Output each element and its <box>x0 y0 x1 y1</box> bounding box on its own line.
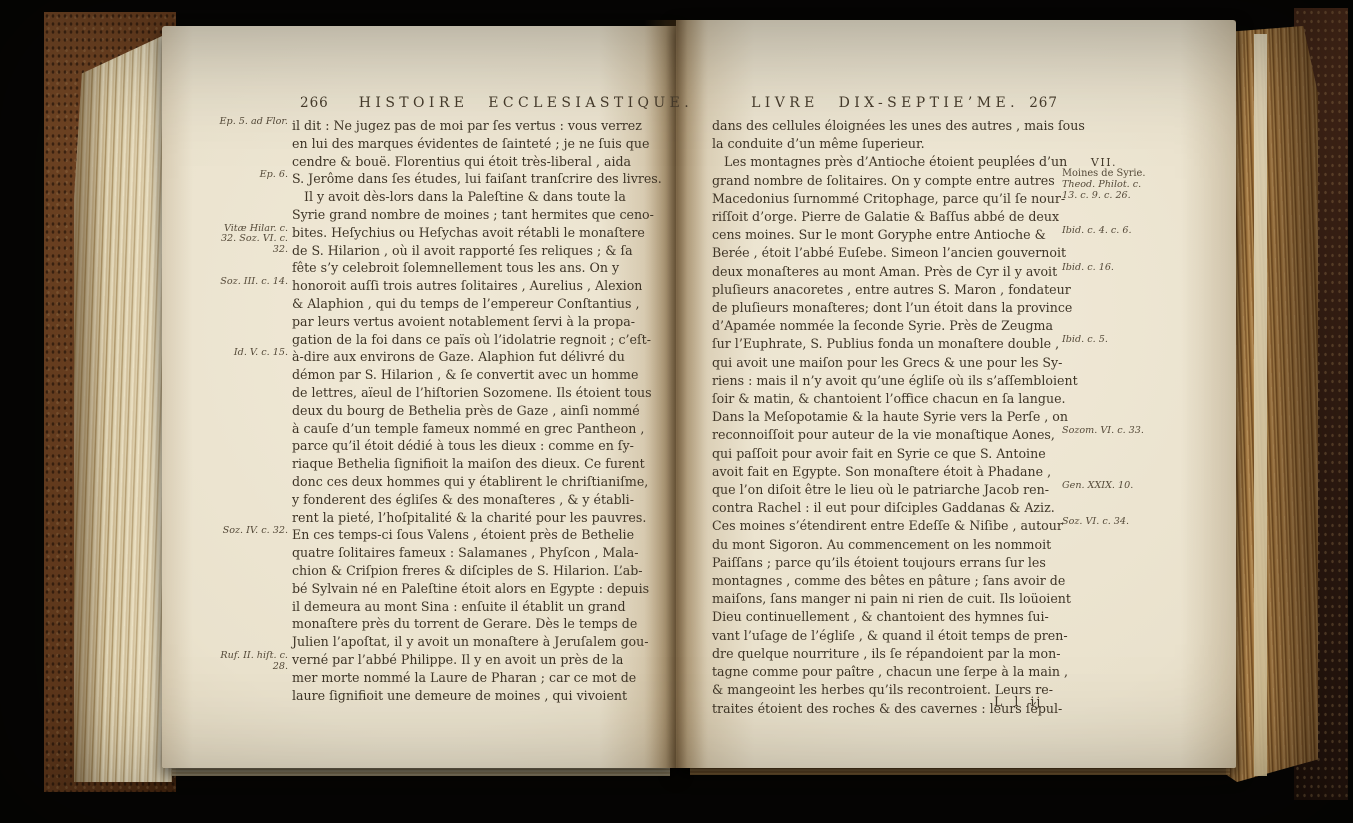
text-line: gation de la foi dans ce païs où l’idola… <box>292 331 682 349</box>
text-line: d’Apamée nommée la ſeconde Syrie. Près d… <box>712 317 1104 335</box>
right-running-title: LIVRE DIX-SEPTIE’ME. <box>751 95 1019 111</box>
text-line: S. Jerôme dans ſes études, lui faiſant t… <box>292 170 682 188</box>
text-line: qui paſſoit pour avoir fait en Syrie ce … <box>712 445 1104 463</box>
margin-note: Ep. 5. ad Flor. <box>212 117 288 128</box>
right-margin-notes: VII. Moines de Syrie. Theod. Philot. c. … <box>1062 117 1146 777</box>
text-line: ſur l’Euphrate, S. Publius fonda un mona… <box>712 335 1104 353</box>
text-line: honoroit auſſi trois autres ſolitaires ,… <box>292 277 682 295</box>
margin-note: Soz. IV. c. 32. <box>212 526 288 537</box>
text-line: Il y avoit dès-lors dans la Paleſtine & … <box>292 188 682 206</box>
text-line: verné par l’abbé Philippe. Il y en avoit… <box>292 651 682 669</box>
left-page-stack-edge <box>74 16 172 782</box>
text-line: à-dire aux environs de Gaze. Alaphion fu… <box>292 348 682 366</box>
text-line: dans des cellules éloignées les unes des… <box>712 117 1104 135</box>
text-line: démon par S. Hilarion , & ſe convertit a… <box>292 366 682 384</box>
text-line: & mangeoint les herbes qu’ils recontroie… <box>712 681 1104 699</box>
text-line: du mont Sigoron. Au commencement on les … <box>712 536 1104 554</box>
text-line: par leurs vertus avoient notablement ſer… <box>292 313 682 331</box>
signature-mark: L l ij <box>994 694 1042 709</box>
left-running-head: 266 HISTOIRE ECCLESIASTIQUE. <box>300 95 693 111</box>
text-line: Syrie grand nombre de moines ; tant herm… <box>292 206 682 224</box>
text-line: bites. Heſychius ou Heſychas avoit rétab… <box>292 224 682 242</box>
margin-note: Id. V. c. 15. <box>212 348 288 359</box>
text-line: à cauſe d’un temple fameux nommé en grec… <box>292 420 682 438</box>
book-photograph: 266 HISTOIRE ECCLESIASTIQUE. LIVRE DIX-S… <box>0 0 1353 823</box>
right-running-head: LIVRE DIX-SEPTIE’ME. 267 <box>712 95 1058 111</box>
text-line: reconnoiſſoit pour auteur de la vie mona… <box>712 426 1104 444</box>
section-heading-note: VII. Moines de Syrie. Theod. Philot. c. … <box>1062 157 1146 201</box>
text-line: en lui des marques évidentes de ſainteté… <box>292 135 682 153</box>
text-line: laure ſignifioit une demeure de moines ,… <box>292 687 682 705</box>
text-line: cens moines. Sur le mont Goryphe entre A… <box>712 226 1104 244</box>
text-line: avoit fait en Egypte. Son monaſtere étoi… <box>712 463 1104 481</box>
margin-note: Vitæ Hilar. c. 32. Soz. VI. c. 32. <box>212 224 288 256</box>
margin-note: Ibid. c. 16. <box>1062 263 1146 274</box>
margin-note: Soz. III. c. 14. <box>212 277 288 288</box>
text-line: Ces moines s’étendirent entre Edeſſe & N… <box>712 517 1104 535</box>
text-line: Berée , étoit l’abbé Euſebe. Simeon l’an… <box>712 244 1104 262</box>
text-line: riaque Bethelia ſignifioit la maiſon des… <box>292 455 682 473</box>
text-line: montagnes , comme des bêtes en pâture ; … <box>712 572 1104 590</box>
right-page-stack-edge <box>1226 26 1318 782</box>
text-line: parce qu’il étoit dédié à tous les dieux… <box>292 437 682 455</box>
margin-note: Sozom. VI. c. 33. <box>1062 426 1146 437</box>
text-line: riſſoit d’orge. Pierre de Galatie & Baſſ… <box>712 208 1104 226</box>
text-line: de pluſieurs monaſteres; dont l’un étoit… <box>712 299 1104 317</box>
left-margin-notes: Ep. 5. ad Flor.Ep. 6.Vitæ Hilar. c. 32. … <box>212 117 288 777</box>
text-line: pluſieurs anacoretes , entre autres S. M… <box>712 281 1104 299</box>
margin-note: Ep. 6. <box>212 170 288 181</box>
section-citation: Theod. Philot. c. 13. c. 9. c. 26. <box>1062 179 1146 201</box>
text-line: quatre ſolitaires fameux : Salamanes , P… <box>292 544 682 562</box>
margin-note: Ibid. c. 5. <box>1062 335 1146 346</box>
text-line: deux du bourg de Bethelia près de Gaze ,… <box>292 402 682 420</box>
text-line: grand nombre de ſolitaires. On y compte … <box>712 172 1104 190</box>
right-body-text: dans des cellules éloignées les unes des… <box>712 117 1104 718</box>
margin-note: Ruf. II. hiſt. c. 28. <box>212 651 288 672</box>
left-running-title: HISTOIRE ECCLESIASTIQUE. <box>359 95 693 111</box>
text-line: Macedonius ſurnommé Critophage, parce qu… <box>712 190 1104 208</box>
text-line: & Alaphion , qui du temps de l’empereur … <box>292 295 682 313</box>
text-line: de S. Hilarion , où il avoit rapporté ſe… <box>292 242 682 260</box>
text-line: riens : mais il n’y avoit qu’une égliſe … <box>712 372 1104 390</box>
text-line: traites étoient des roches & des caverne… <box>712 700 1104 718</box>
text-line: Les montagnes près d’Antioche étoient pe… <box>712 153 1104 171</box>
text-line: deux monaſteres au mont Aman. Près de Cy… <box>712 263 1104 281</box>
text-line: la conduite d’un même ſuperieur. <box>712 135 1104 153</box>
text-line: donc ces deux hommes qui y établirent le… <box>292 473 682 491</box>
text-line: de lettres, aïeul de l’hiſtorien Sozomen… <box>292 384 682 402</box>
section-number: VII. <box>1062 157 1146 168</box>
text-line: qui avoit une maiſon pour les Grecs & un… <box>712 354 1104 372</box>
margin-note: Gen. XXIX. 10. <box>1062 481 1146 492</box>
text-line: bé Sylvain né en Paleſtine étoit alors e… <box>292 580 682 598</box>
text-line: ſoir & matin, & chantoient l’office chac… <box>712 390 1104 408</box>
text-line: rent la pieté, l’hoſpitalité & la charit… <box>292 509 682 527</box>
margin-note: Soz. VI. c. 34. <box>1062 517 1146 528</box>
section-title: Moines de Syrie. <box>1062 168 1146 179</box>
text-line: dre quelque nourriture , ils ſe répandoi… <box>712 645 1104 663</box>
text-line: il dit : Ne jugez pas de moi par ſes ver… <box>292 117 682 135</box>
text-line: Dieu continuellement , & chantoient des … <box>712 608 1104 626</box>
left-folio-number: 266 <box>300 95 329 111</box>
margin-note: Ibid. c. 4. c. 6. <box>1062 226 1146 237</box>
text-line: Julien l’apoſtat, il y avoit un monaſter… <box>292 633 682 651</box>
text-line: tagne comme pour paître , chacun une ſer… <box>712 663 1104 681</box>
text-line: cendre & bouë. Florentius qui étoit très… <box>292 153 682 171</box>
text-line: maiſons, ſans manger ni pain ni rien de … <box>712 590 1104 608</box>
text-line: que l’on diſoit être le lieu où le patri… <box>712 481 1104 499</box>
left-body-text: il dit : Ne jugez pas de moi par ſes ver… <box>292 117 682 704</box>
text-line: mer morte nommé la Laure de Pharan ; car… <box>292 669 682 687</box>
text-line: fête s’y celebroit ſolemnellement tous l… <box>292 259 682 277</box>
text-line: chion & Criſpion freres & diſciples de S… <box>292 562 682 580</box>
text-line: y fonderent des égliſes & des monaſteres… <box>292 491 682 509</box>
text-line: vant l’uſage de l’égliſe , & quand il ét… <box>712 627 1104 645</box>
text-line: Dans la Meſopotamie & la haute Syrie ver… <box>712 408 1104 426</box>
text-line: contra Rachel : il eut pour diſciples Ga… <box>712 499 1104 517</box>
text-line: monaſtere près du torrent de Gerare. Dès… <box>292 615 682 633</box>
text-line: il demeura au mont Sina : enſuite il éta… <box>292 598 682 616</box>
right-stack-light-band <box>1254 34 1267 776</box>
text-line: Paiſſans ; parce qu’ils étoient toujours… <box>712 554 1104 572</box>
text-line: En ces temps-ci ſous Valens , étoient pr… <box>292 526 682 544</box>
right-folio-number: 267 <box>1029 95 1058 111</box>
